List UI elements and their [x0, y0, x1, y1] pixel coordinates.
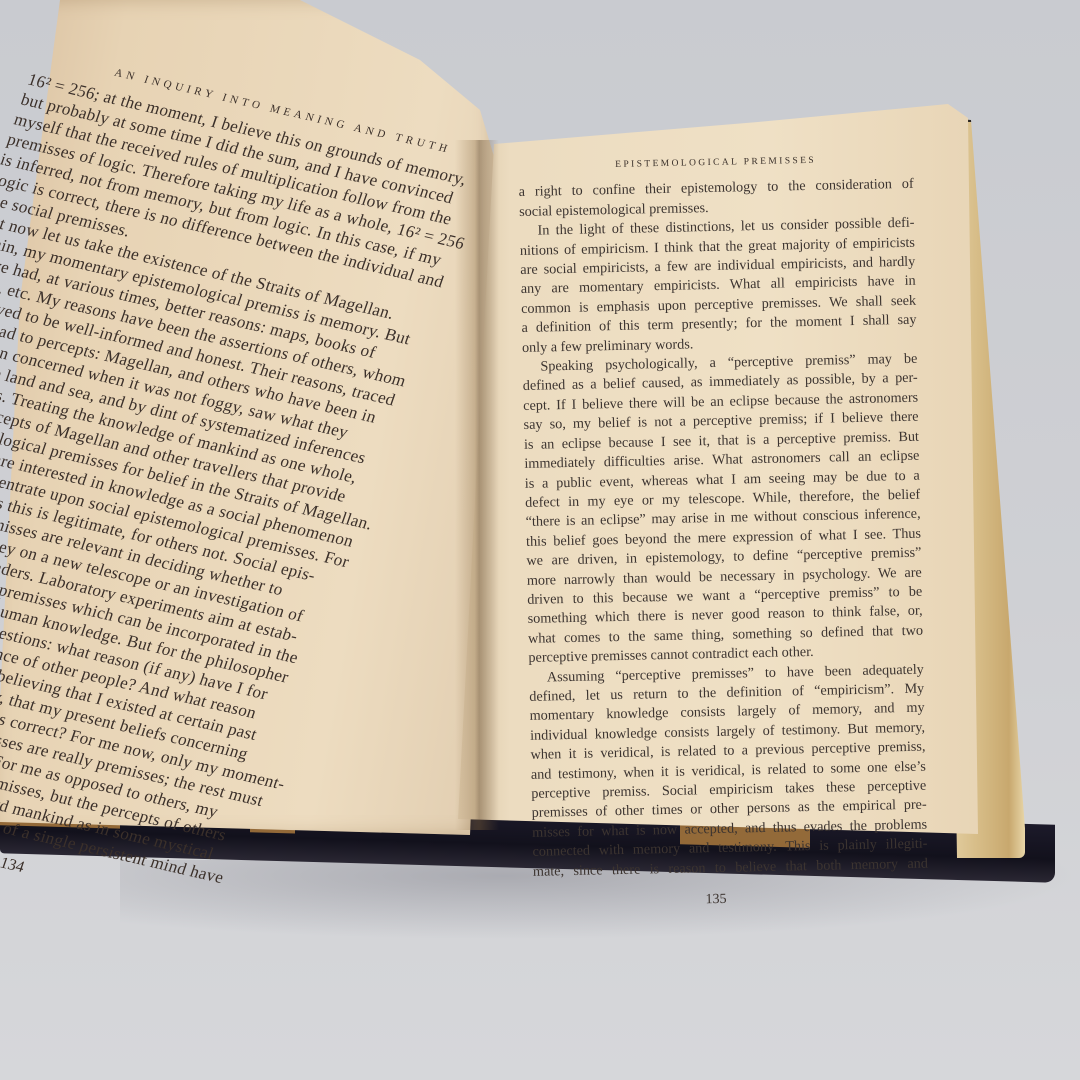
photo-scene: AN INQUIRY INTO MEANING AND TRUTH 16² = … [0, 0, 1080, 1080]
right-page-text: EPISTEMOLOGICAL PREMISSES a right to con… [518, 150, 929, 914]
right-page-body: a right to confine their epistemology to… [519, 175, 929, 882]
